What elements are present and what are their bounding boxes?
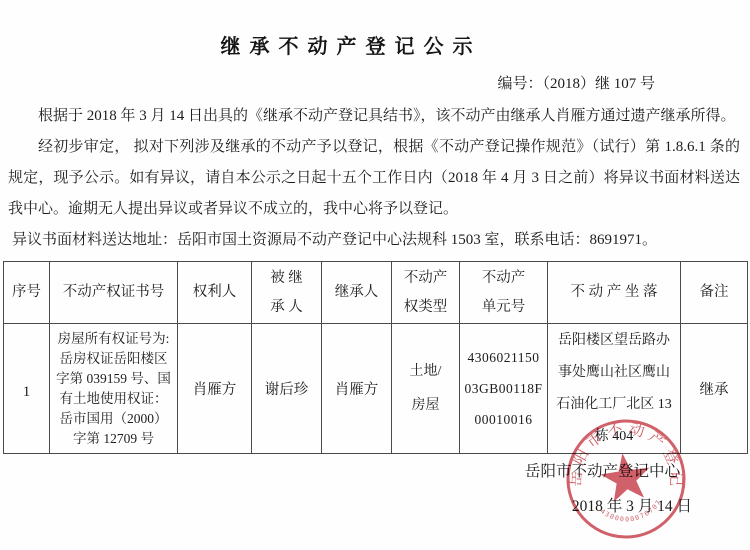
page-title: 继 承 不 动 产 登 记 公 示 <box>0 0 750 59</box>
header-cert-no: 不动产权证书号 <box>50 262 178 324</box>
paragraph-address: 异议书面材料送达地址：岳阳市国土资源局不动产登记中心法规科 1503 室，联系电… <box>8 225 740 256</box>
cell-heir: 肖雁方 <box>322 324 392 454</box>
stamp-star-icon <box>598 450 653 503</box>
svg-text:4300000076707: 4300000076707 <box>598 497 666 527</box>
header-remark: 备注 <box>681 262 748 324</box>
stamp-serial-number: 4300000076707 <box>598 497 666 527</box>
notice-document: 继 承 不 动 产 登 记 公 示 编号：（2018）继 107 号 根据于 2… <box>0 0 750 550</box>
paragraph-review: 经初步审定， 拟对下列涉及继承的不动产予以登记，根据《不动产登记操作规范》（试行… <box>8 132 740 225</box>
header-property-type: 不动产 权类型 <box>392 262 460 324</box>
cell-right-holder: 肖雁方 <box>178 324 252 454</box>
header-right-holder: 权利人 <box>178 262 252 324</box>
cell-decedent: 谢后珍 <box>252 324 322 454</box>
doc-number: 编号：（2018）继 107 号 <box>0 72 750 93</box>
header-location: 不 动 产 坐 落 <box>548 262 681 324</box>
cell-seq: 1 <box>4 324 50 454</box>
red-seal-stamp: 岳阳市不动产登记中心 4300000076707 <box>559 416 693 546</box>
table-header-row: 序号 不动产权证书号 权利人 被 继 承 人 继承人 不动产 权类型 不动产 单… <box>4 262 748 324</box>
header-seq: 序号 <box>4 262 50 324</box>
header-decedent: 被 继 承 人 <box>252 262 322 324</box>
header-unit-no: 不动产 单元号 <box>460 262 548 324</box>
notice-body: 根据于 2018 年 3 月 14 日出具的《继承不动产登记具结书》，该不动产由… <box>0 101 750 256</box>
cell-unit-no: 4306021150 03GB00118F 00010016 <box>460 324 548 454</box>
paragraph-basis: 根据于 2018 年 3 月 14 日出具的《继承不动产登记具结书》，该不动产由… <box>8 101 740 132</box>
header-heir: 继承人 <box>322 262 392 324</box>
cell-cert-no: 房屋所有权证号为: 岳房权证岳阳楼区字第 039159 号、国有土地使用权证：岳… <box>50 324 178 454</box>
cell-property-type: 土地/ 房屋 <box>392 324 460 454</box>
